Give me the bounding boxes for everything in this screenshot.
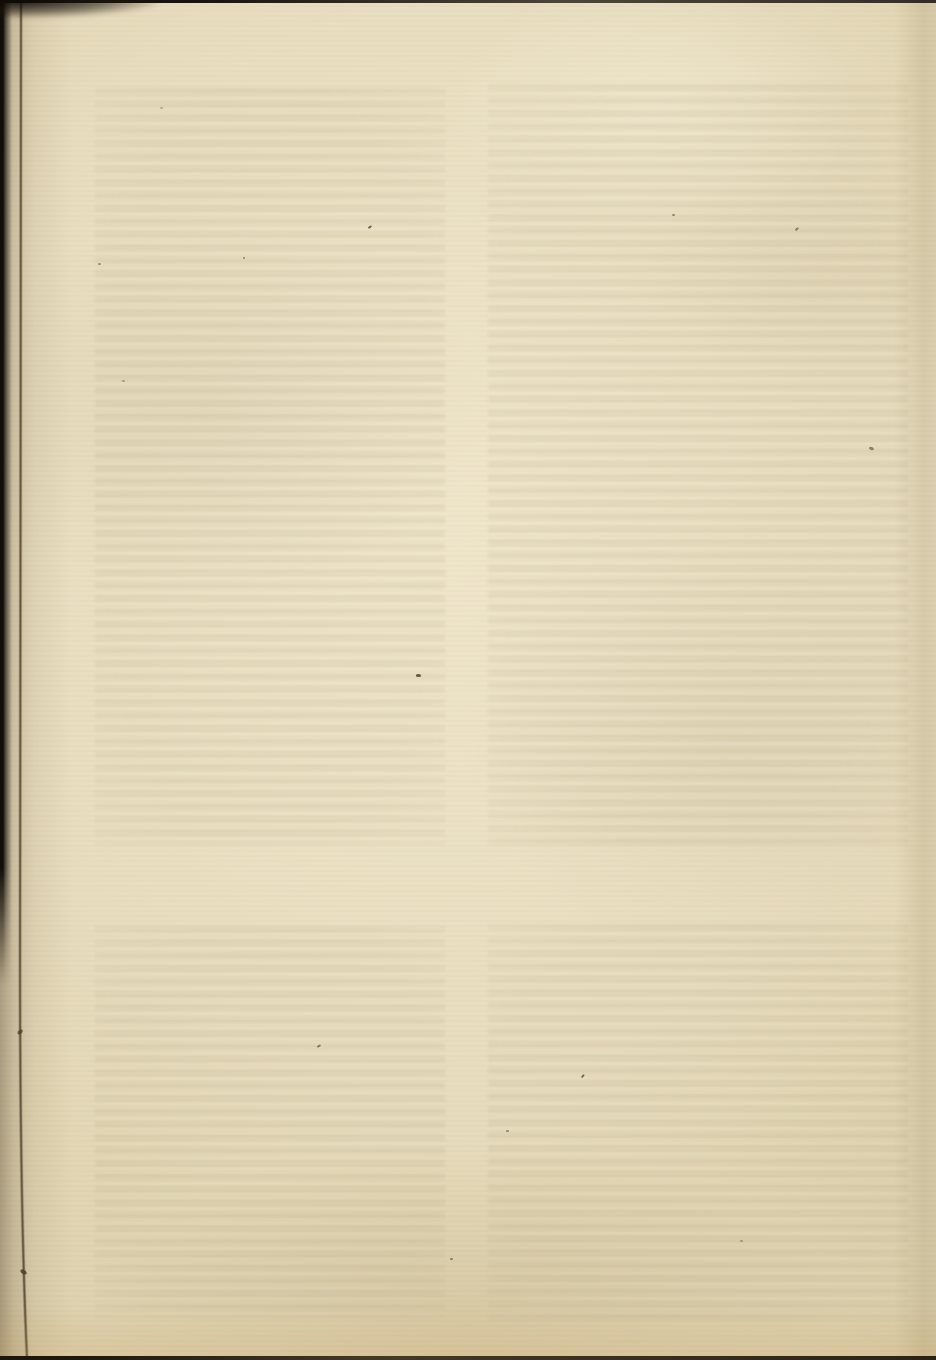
- page-curvature-shade: [894, 0, 936, 1360]
- foxing-speck: [740, 1240, 743, 1242]
- foxing-speck: [506, 1130, 509, 1132]
- foxing-speck: [317, 1044, 322, 1048]
- foxing-speck: [17, 1028, 24, 1035]
- foxing-speck: [368, 225, 373, 229]
- foxing-speck: [416, 674, 421, 677]
- specks-layer: [0, 0, 936, 1360]
- scanned-book-page: [0, 0, 936, 1360]
- corner-smudge: [0, 0, 158, 18]
- foxing-speck: [160, 107, 163, 109]
- foxing-speck: [243, 257, 245, 259]
- foxing-speck: [795, 227, 800, 231]
- bottom-aging-band: [0, 1304, 936, 1360]
- foxing-speck: [672, 214, 675, 216]
- foxing-speck: [19, 1269, 27, 1276]
- foxing-speck: [122, 380, 125, 382]
- foxing-speck: [450, 1258, 453, 1260]
- scan-edge-bottom: [0, 1356, 936, 1360]
- foxing-speck: [581, 1074, 585, 1079]
- foxing-speck: [98, 263, 101, 265]
- foxing-speck: [869, 446, 875, 451]
